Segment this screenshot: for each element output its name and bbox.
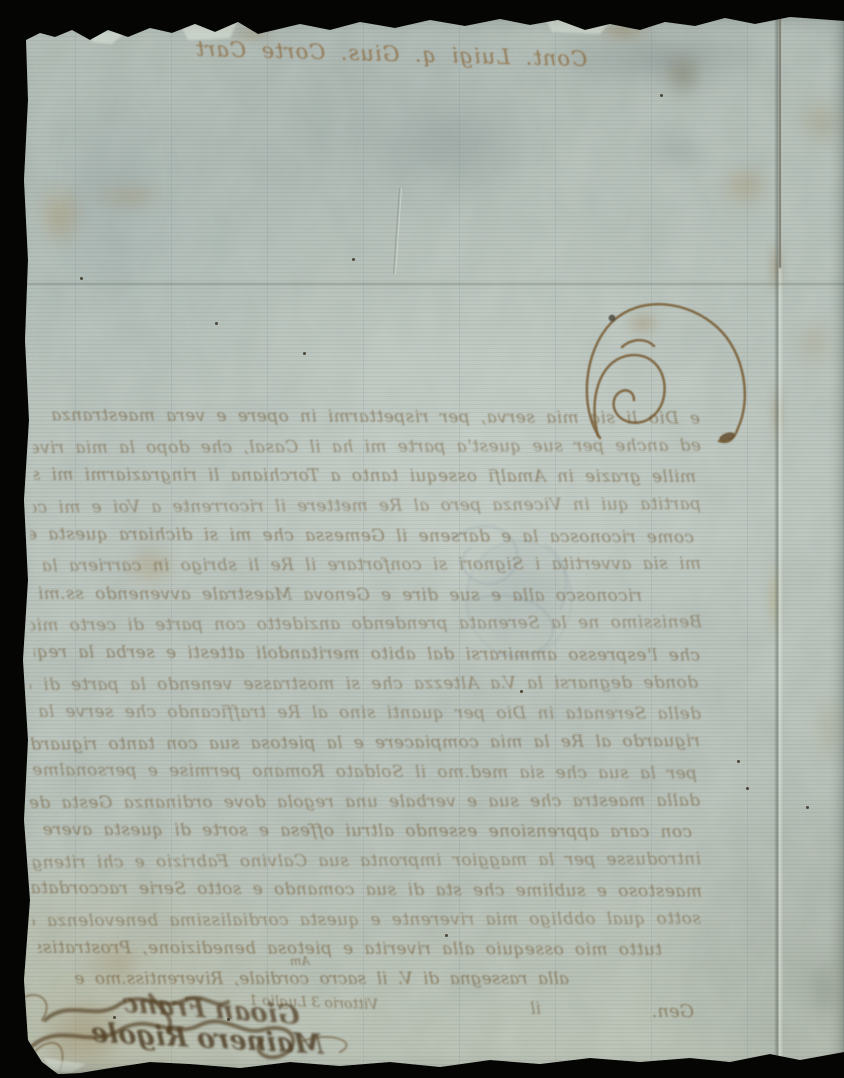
fold-crease-horizontal: [26, 282, 844, 286]
photograph-backdrop: Cont. Luigi q. Gius. Corte Carta e Dio l…: [0, 0, 844, 1078]
fold-crease-vertical-dark-segment: [779, 18, 781, 268]
ghost-seal-ring: [466, 540, 572, 658]
manuscript-paper: Cont. Luigi q. Gius. Corte Carta e Dio l…: [0, 0, 844, 1078]
paper-texture-noise: [0, 0, 844, 1078]
